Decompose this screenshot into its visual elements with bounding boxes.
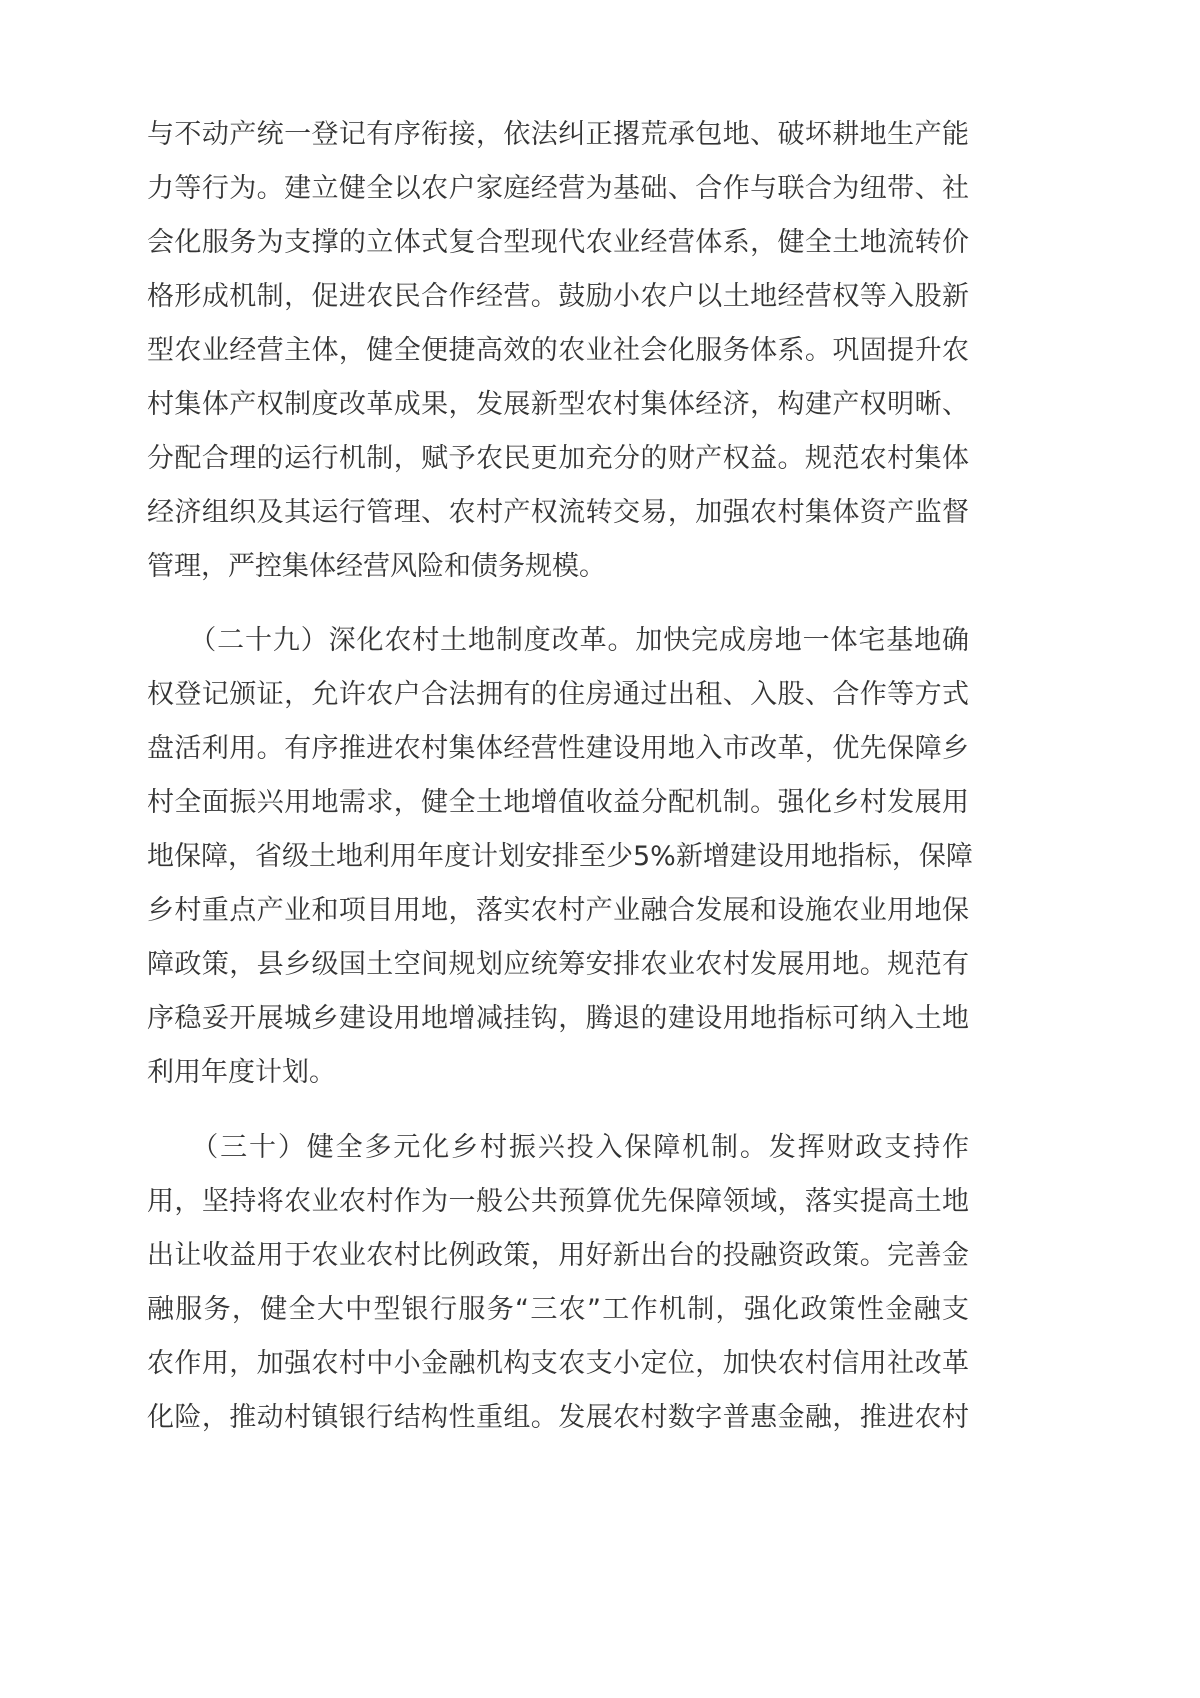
text-line: 力等行为。建立健全以农户家庭经营为基础、合作与联合为纽带、社 bbox=[147, 162, 969, 216]
paragraph-rural-management-system: 与不动产统一登记有序衔接，依法纠正撂荒承包地、破坏耕地生产能 力等行为。建立健全… bbox=[147, 108, 969, 594]
text-line: 融服务，健全大中型银行服务“三农”工作机制，强化政策性金融支 bbox=[147, 1283, 969, 1337]
document-page: 与不动产统一登记有序衔接，依法纠正撂荒承包地、破坏耕地生产能 力等行为。建立健全… bbox=[0, 0, 1200, 1698]
text-line: 经济组织及其运行管理、农村产权流转交易，加强农村集体资产监督 bbox=[147, 486, 969, 540]
text-line: 乡村重点产业和项目用地，落实农村产业融合发展和设施农业用地保 bbox=[147, 884, 969, 938]
text-line: 盘活利用。有序推进农村集体经营性建设用地入市改革，优先保障乡 bbox=[147, 722, 969, 776]
text-line: 管理，严控集体经营风险和债务规模。 bbox=[147, 540, 969, 594]
section-heading-line: （三十）健全多元化乡村振兴投入保障机制。发挥财政支持作 bbox=[147, 1121, 969, 1175]
text-line: 利用年度计划。 bbox=[147, 1046, 969, 1100]
text-line: 会化服务为支撑的立体式复合型现代农业经营体系，健全土地流转价 bbox=[147, 216, 969, 270]
text-line: 出让收益用于农业农村比例政策，用好新出台的投融资政策。完善金 bbox=[147, 1229, 969, 1283]
text-line: 序稳妥开展城乡建设用地增减挂钩，腾退的建设用地指标可纳入土地 bbox=[147, 992, 969, 1046]
paragraph-section-30-investment-mechanism: （三十）健全多元化乡村振兴投入保障机制。发挥财政支持作 用，坚持将农业农村作为一… bbox=[147, 1121, 969, 1445]
text-line: 农作用，加强农村中小金融机构支农支小定位，加快农村信用社改革 bbox=[147, 1337, 969, 1391]
text-line: 化险，推动村镇银行结构性重组。发展农村数字普惠金融，推进农村 bbox=[147, 1391, 969, 1445]
text-line: 与不动产统一登记有序衔接，依法纠正撂荒承包地、破坏耕地生产能 bbox=[147, 108, 969, 162]
text-line: 用，坚持将农业农村作为一般公共预算优先保障领域，落实提高土地 bbox=[147, 1175, 969, 1229]
paragraph-section-29-land-reform: （二十九）深化农村土地制度改革。加快完成房地一体宅基地确 权登记颁证，允许农户合… bbox=[147, 614, 969, 1100]
text-line: 型农业经营主体，健全便捷高效的农业社会化服务体系。巩固提升农 bbox=[147, 324, 969, 378]
text-line: 村集体产权制度改革成果，发展新型农村集体经济，构建产权明晰、 bbox=[147, 378, 969, 432]
text-line: 村全面振兴用地需求，健全土地增值收益分配机制。强化乡村发展用 bbox=[147, 776, 969, 830]
text-line: 障政策，县乡级国土空间规划应统筹安排农业农村发展用地。规范有 bbox=[147, 938, 969, 992]
section-heading-line: （二十九）深化农村土地制度改革。加快完成房地一体宅基地确 bbox=[147, 614, 969, 668]
text-line: 地保障，省级土地利用年度计划安排至少5%新增建设用地指标，保障 bbox=[147, 830, 969, 884]
text-line: 权登记颁证，允许农户合法拥有的住房通过出租、入股、合作等方式 bbox=[147, 668, 969, 722]
text-line: 分配合理的运行机制，赋予农民更加充分的财产权益。规范农村集体 bbox=[147, 432, 969, 486]
text-line: 格形成机制，促进农民合作经营。鼓励小农户以土地经营权等入股新 bbox=[147, 270, 969, 324]
